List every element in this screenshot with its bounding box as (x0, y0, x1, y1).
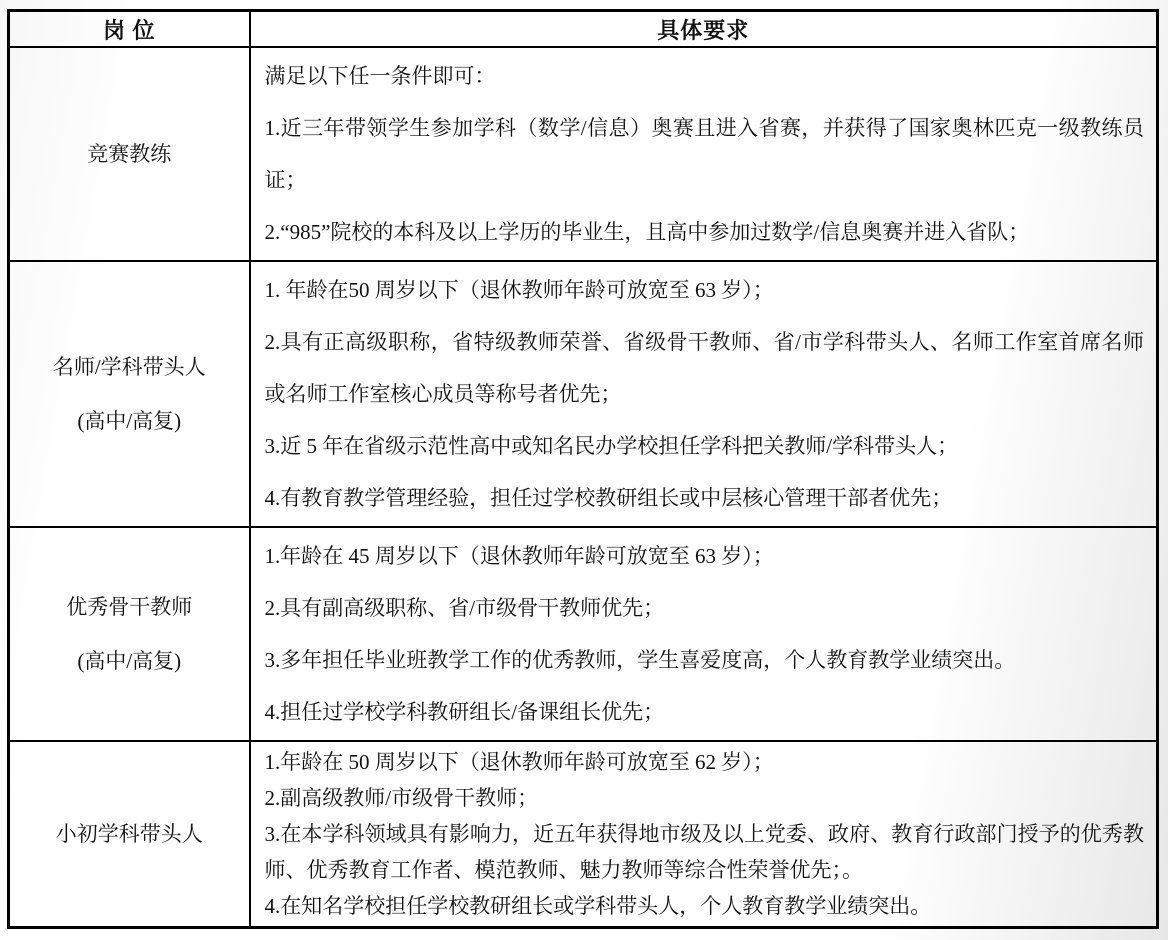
header-cell-requirements: 具体要求 (250, 11, 1158, 48)
table-row: 名师/学科带头人 (高中/高复)1. 年龄在50 周岁以下（退休教师年龄可放宽至… (9, 261, 1158, 527)
requirement-item: 4.有教育教学管理经验，担任过学校教研组长或中层核心管理干部者优先； (265, 472, 1145, 524)
requirement-item: 4.在知名学校担任学校教研组长或学科带头人，个人教育教学业绩突出。 (265, 888, 1145, 924)
requirement-item: 1. 年龄在50 周岁以下（退休教师年龄可放宽至 63 岁）； (265, 264, 1145, 316)
table-row: 优秀骨干教师 (高中/高复)1.年龄在 45 周岁以下（退休教师年龄可放宽至 6… (9, 527, 1158, 741)
requirement-item: 1.年龄在 50 周岁以下（退休教师年龄可放宽至 62 岁）； (265, 744, 1145, 780)
position-cell: 小初学科带头人 (9, 741, 250, 928)
requirement-item: 1.近三年带领学生参加学科（数学/信息）奥赛且进入省赛，并获得了国家奥林匹克一级… (265, 102, 1145, 206)
table-row: 竞赛教练满足以下任一条件即可：1.近三年带领学生参加学科（数学/信息）奥赛且进入… (9, 47, 1158, 261)
requirements-cell: 1. 年龄在50 周岁以下（退休教师年龄可放宽至 63 岁）；2.具有正高级职称… (250, 261, 1158, 527)
requirements-cell: 满足以下任一条件即可：1.近三年带领学生参加学科（数学/信息）奥赛且进入省赛，并… (250, 47, 1158, 261)
header-row: 岗 位 具体要求 (9, 11, 1158, 48)
requirements-cell: 1.年龄在 45 周岁以下（退休教师年龄可放宽至 63 岁）；2.具有副高级职称… (250, 527, 1158, 741)
position-cell: 优秀骨干教师 (高中/高复) (9, 527, 250, 741)
position-cell: 名师/学科带头人 (高中/高复) (9, 261, 250, 527)
table-row: 小初学科带头人1.年龄在 50 周岁以下（退休教师年龄可放宽至 62 岁）；2.… (9, 741, 1158, 928)
requirements-table: 岗 位 具体要求 竞赛教练满足以下任一条件即可：1.近三年带领学生参加学科（数学… (7, 9, 1159, 929)
requirement-item: 3.在本学科领域具有影响力，近五年获得地市级及以上党委、政府、教育行政部门授予的… (265, 816, 1145, 888)
requirement-item: 3.近 5 年在省级示范性高中或知名民办学校担任学科把关教师/学科带头人； (265, 420, 1145, 472)
requirement-item: 2.副高级教师/市级骨干教师； (265, 780, 1145, 816)
requirement-item: 4.担任过学校学科教研组长/备课组长优先； (265, 686, 1145, 738)
requirement-item: 3.多年担任毕业班教学工作的优秀教师，学生喜爱度高，个人教育教学业绩突出。 (265, 634, 1145, 686)
position-cell: 竞赛教练 (9, 47, 250, 261)
header-cell-position: 岗 位 (9, 11, 250, 48)
requirement-item: 1.年龄在 45 周岁以下（退休教师年龄可放宽至 63 岁）； (265, 530, 1145, 582)
requirement-item: 2.具有副高级职称、省/市级骨干教师优先； (265, 582, 1145, 634)
document-page: 岗 位 具体要求 竞赛教练满足以下任一条件即可：1.近三年带领学生参加学科（数学… (0, 0, 1168, 940)
requirement-item: 2.具有正高级职称，省特级教师荣誉、省级骨干教师、省/市学科带头人、名师工作室首… (265, 316, 1145, 420)
requirement-item: 2.“985”院校的本科及以上学历的毕业生，且高中参加过数学/信息奥赛并进入省队… (265, 206, 1145, 258)
requirements-cell: 1.年龄在 50 周岁以下（退休教师年龄可放宽至 62 岁）；2.副高级教师/市… (250, 741, 1158, 928)
requirement-item: 满足以下任一条件即可： (265, 50, 1145, 102)
